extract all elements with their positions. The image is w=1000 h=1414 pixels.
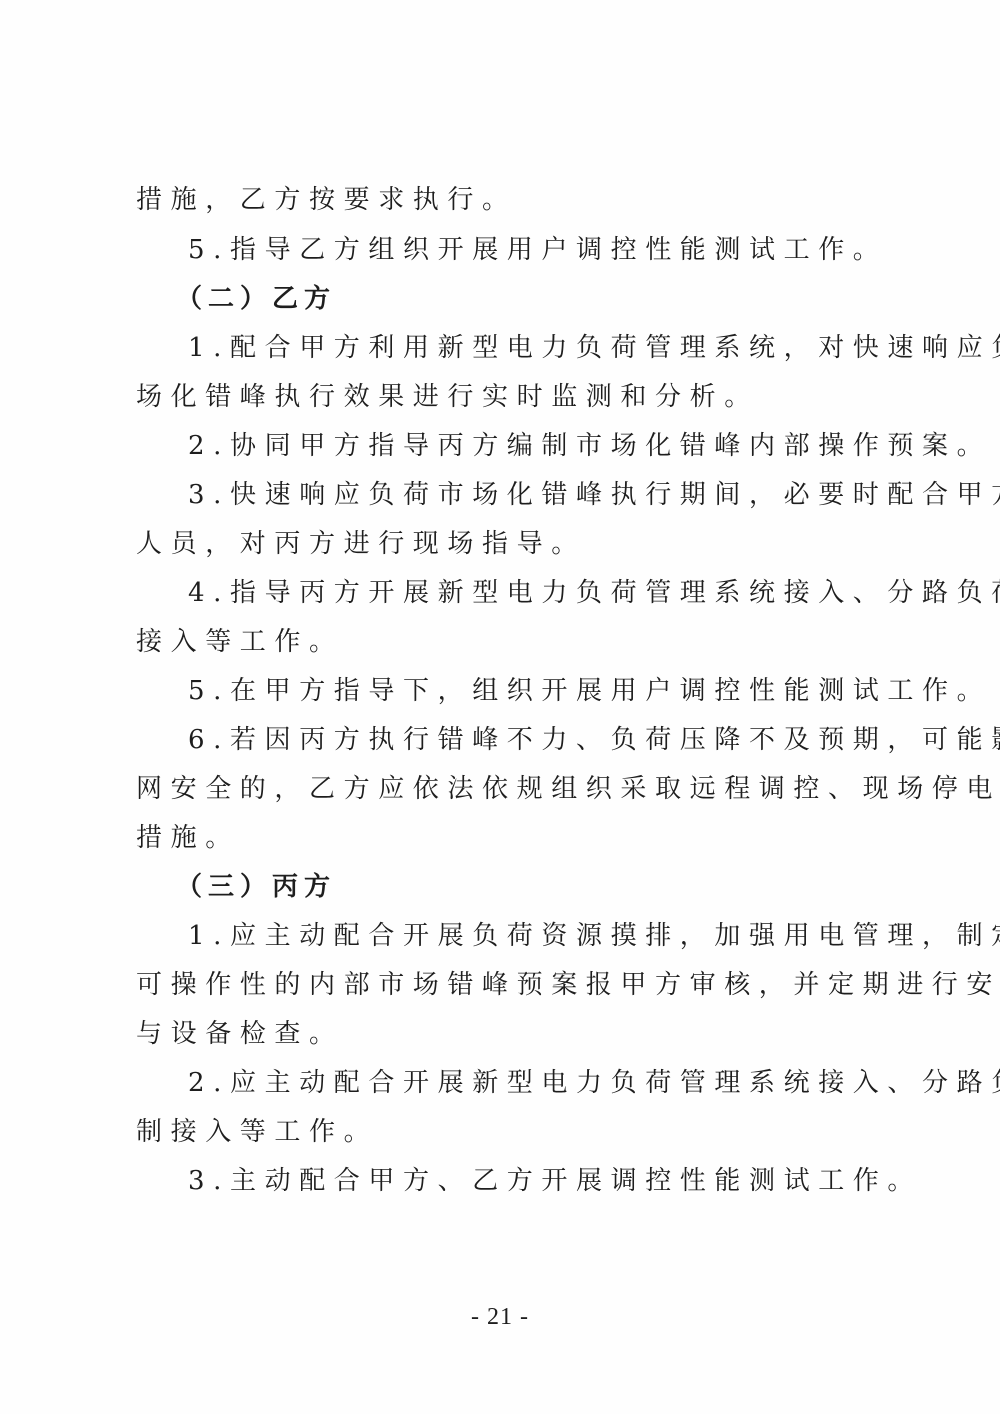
list-item-2-party-b: 2.协同甲方指导丙方编制市场化错峰内部操作预案。 bbox=[188, 426, 928, 466]
list-item-1-party-b: 1.配合甲方利用新型电力负荷管理系统，对快速响应负荷市 bbox=[188, 328, 928, 368]
text-line-1: 措施，乙方按要求执行。 bbox=[136, 180, 876, 220]
text-line-continuation: 接入等工作。 bbox=[136, 622, 876, 662]
document-page: 措施，乙方按要求执行。 5.指导乙方组织开展用户调控性能测试工作。 （二）乙方 … bbox=[0, 0, 1000, 1414]
list-item-5-party-a: 5.指导乙方组织开展用户调控性能测试工作。 bbox=[188, 230, 928, 270]
list-item-1-party-c: 1.应主动配合开展负荷资源摸排，加强用电管理，制定具备 bbox=[188, 916, 928, 956]
page-number: - 21 - bbox=[0, 1302, 1000, 1332]
text-line-continuation: 制接入等工作。 bbox=[136, 1112, 876, 1152]
section-heading-party-b: （二）乙方 bbox=[176, 279, 916, 319]
list-item-5-party-b: 5.在甲方指导下，组织开展用户调控性能测试工作。 bbox=[188, 671, 928, 711]
list-item-3-party-b: 3.快速响应负荷市场化错峰执行期间，必要时配合甲方相关 bbox=[188, 475, 928, 515]
text-line-continuation: 措施。 bbox=[136, 818, 876, 858]
list-item-4-party-b: 4.指导丙方开展新型电力负荷管理系统接入、分路负荷控制 bbox=[188, 573, 928, 613]
text-line-continuation: 场化错峰执行效果进行实时监测和分析。 bbox=[136, 377, 876, 417]
text-line-continuation: 人员，对丙方进行现场指导。 bbox=[136, 524, 876, 564]
text-line-continuation: 与设备检查。 bbox=[136, 1014, 876, 1054]
text-line-continuation: 可操作性的内部市场错峰预案报甲方审核，并定期进行安全演练 bbox=[136, 965, 876, 1005]
list-item-6-party-b: 6.若因丙方执行错峰不力、负荷压降不及预期，可能影响电 bbox=[188, 720, 928, 760]
list-item-3-party-c: 3.主动配合甲方、乙方开展调控性能测试工作。 bbox=[188, 1161, 928, 1201]
list-item-2-party-c: 2.应主动配合开展新型电力负荷管理系统接入、分路负荷控 bbox=[188, 1063, 928, 1103]
section-heading-party-c: （三）丙方 bbox=[176, 867, 916, 907]
text-line-continuation: 网安全的，乙方应依法依规组织采取远程调控、现场停电等强制 bbox=[136, 769, 876, 809]
